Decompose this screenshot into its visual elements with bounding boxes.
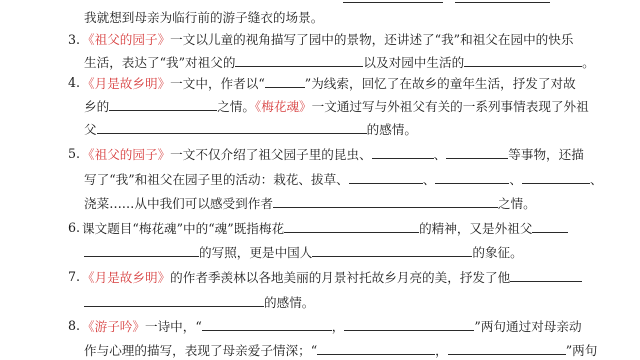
line-content: 《游子吟》一诗中，“，”两句通过对母亲动 (82, 318, 582, 335)
line-content: 的感情。 (84, 294, 314, 311)
fill-in-blank[interactable] (84, 244, 199, 257)
fill-in-blank[interactable] (317, 342, 435, 355)
text-segment: 的写照，更是中国人 (199, 245, 312, 260)
fill-in-blank[interactable] (109, 98, 217, 111)
question-number: 8. (68, 318, 80, 334)
text-segment: 写了“我”和祖父在园子里的活动：栽花、拔草、 (84, 172, 349, 187)
text-title: 《祖父的园子》 (82, 147, 170, 162)
fill-in-blank[interactable] (344, 318, 474, 331)
fill-in-blank[interactable] (273, 195, 498, 208)
text-segment: ”为线索，回忆了在故乡的童年生活，抒发了对故 (305, 76, 576, 91)
fill-in-blank[interactable] (84, 294, 264, 307)
text-segment: 、 (509, 172, 522, 187)
line-content: 生活，表达了“我”对祖父的以及对园中生活的。 (84, 54, 595, 71)
fill-in-blank[interactable] (349, 171, 423, 184)
text-segment: 乡的 (84, 99, 109, 114)
question-number: 5. (68, 146, 80, 162)
text-segment: 的精神，又是外祖父 (419, 221, 532, 236)
text-segment: 等事物，还描 (508, 147, 584, 162)
text-segment: 一文中，作者以“ (170, 76, 265, 91)
fill-in-blank[interactable] (532, 220, 568, 233)
text-segment: 的感情。 (367, 122, 417, 137)
text-segment: 、 (590, 172, 603, 187)
text-segment: 一文通过写与外祖父有关的一系列事情表现了外祖 (312, 99, 589, 114)
text-segment: 一文不仅介绍了祖父园子里的昆虫、 (170, 147, 372, 162)
question-number: 3. (68, 32, 80, 48)
text-segment: 。 (582, 55, 595, 70)
text-title: 《月是故乡明》 (82, 76, 170, 91)
question-number: 6. (68, 220, 80, 236)
text-segment: 、 (423, 172, 436, 187)
text-title: 《梅花魂》 (255, 99, 312, 114)
text-segment: 的感情。 (264, 295, 314, 310)
question-number: 7. (68, 269, 80, 285)
fill-in-blank[interactable] (284, 220, 419, 233)
text-segment: 父 (84, 122, 97, 137)
fill-in-blank[interactable] (372, 146, 434, 159)
text-segment: 之情。 (498, 196, 536, 211)
fill-in-blank[interactable] (522, 171, 590, 184)
text-title: 《祖父的园子》 (82, 32, 170, 47)
fill-in-blank[interactable] (510, 269, 582, 282)
text-segment: 课文题目“梅花魂”中的“魂”既指梅花 (82, 221, 284, 236)
line-content: 的写照，更是中国人的象征。 (84, 244, 523, 261)
line-content: 写了“我”和祖父在园子里的活动：栽花、拔草、、、、 (84, 171, 603, 188)
text-segment: 、 (434, 147, 447, 162)
text-segment: 一文以儿童的视角描写了园中的景物，还讲述了“我”和祖父在园中的快乐 (170, 32, 573, 47)
text-title: 《游子吟》 (82, 319, 145, 334)
fill-in-blank[interactable] (235, 54, 363, 67)
line-content: 课文题目“梅花魂”中的“魂”既指梅花的精神，又是外祖父 (82, 220, 568, 237)
top-cut-blank-1[interactable] (343, 0, 443, 3)
line-content: 《月是故乡明》一文中，作者以“”为线索，回忆了在故乡的童年生活，抒发了对故 (82, 75, 576, 92)
line-content: 《月是故乡明》的作者季羡林以各地美丽的月景衬托故乡月亮的美，抒发了他 (82, 269, 582, 286)
top-cut-blank-2[interactable] (455, 0, 550, 3)
line-content: 父的感情。 (84, 121, 417, 138)
fill-in-blank[interactable] (446, 146, 508, 159)
text-segment: ， (332, 319, 345, 334)
text-segment: 浇菜……从中我们可以感受到作者 (84, 196, 273, 211)
fill-in-blank[interactable] (435, 171, 509, 184)
text-segment: ， (435, 343, 448, 358)
line-content: 《祖父的园子》一文不仅介绍了祖父园子里的昆虫、、等事物，还描 (82, 146, 584, 163)
question-number: 4. (68, 75, 80, 91)
line-content: 《祖父的园子》一文以儿童的视角描写了园中的景物，还讲述了“我”和祖父在园中的快乐 (82, 32, 573, 48)
text-title: 《月是故乡明》 (82, 270, 170, 285)
text-segment: 的作者季羡林以各地美丽的月景衬托故乡月亮的美，抒发了他 (170, 270, 510, 285)
fill-in-blank[interactable] (265, 75, 305, 88)
text-segment: ”两句 (566, 343, 598, 358)
fill-in-blank[interactable] (202, 318, 332, 331)
line-content: 作与心理的描写，表现了母亲爱子情深；“，”两句 (84, 342, 597, 359)
text-segment: 之情。 (217, 99, 255, 114)
line-content: 浇菜……从中我们可以感受到作者之情。 (84, 195, 536, 212)
fill-in-blank[interactable] (97, 121, 367, 134)
text-segment: 以及对园中生活的 (363, 55, 464, 70)
fill-in-blank[interactable] (448, 342, 566, 355)
fill-in-blank[interactable] (464, 54, 582, 67)
fill-in-blank[interactable] (312, 244, 472, 257)
line-content: 我就想到母亲为临行前的游子缝衣的场景。 (84, 10, 323, 26)
text-segment: 我就想到母亲为临行前的游子缝衣的场景。 (84, 10, 323, 25)
text-segment: 生活，表达了“我”对祖父的 (84, 55, 235, 70)
text-segment: 一诗中，“ (145, 319, 202, 334)
text-segment: 的象征。 (472, 245, 522, 260)
text-segment: ”两句通过对母亲动 (474, 319, 581, 334)
text-segment: 作与心理的描写，表现了母亲爱子情深；“ (84, 343, 317, 358)
line-content: 乡的之情。《梅花魂》一文通过写与外祖父有关的一系列事情表现了外祖 (84, 98, 589, 115)
